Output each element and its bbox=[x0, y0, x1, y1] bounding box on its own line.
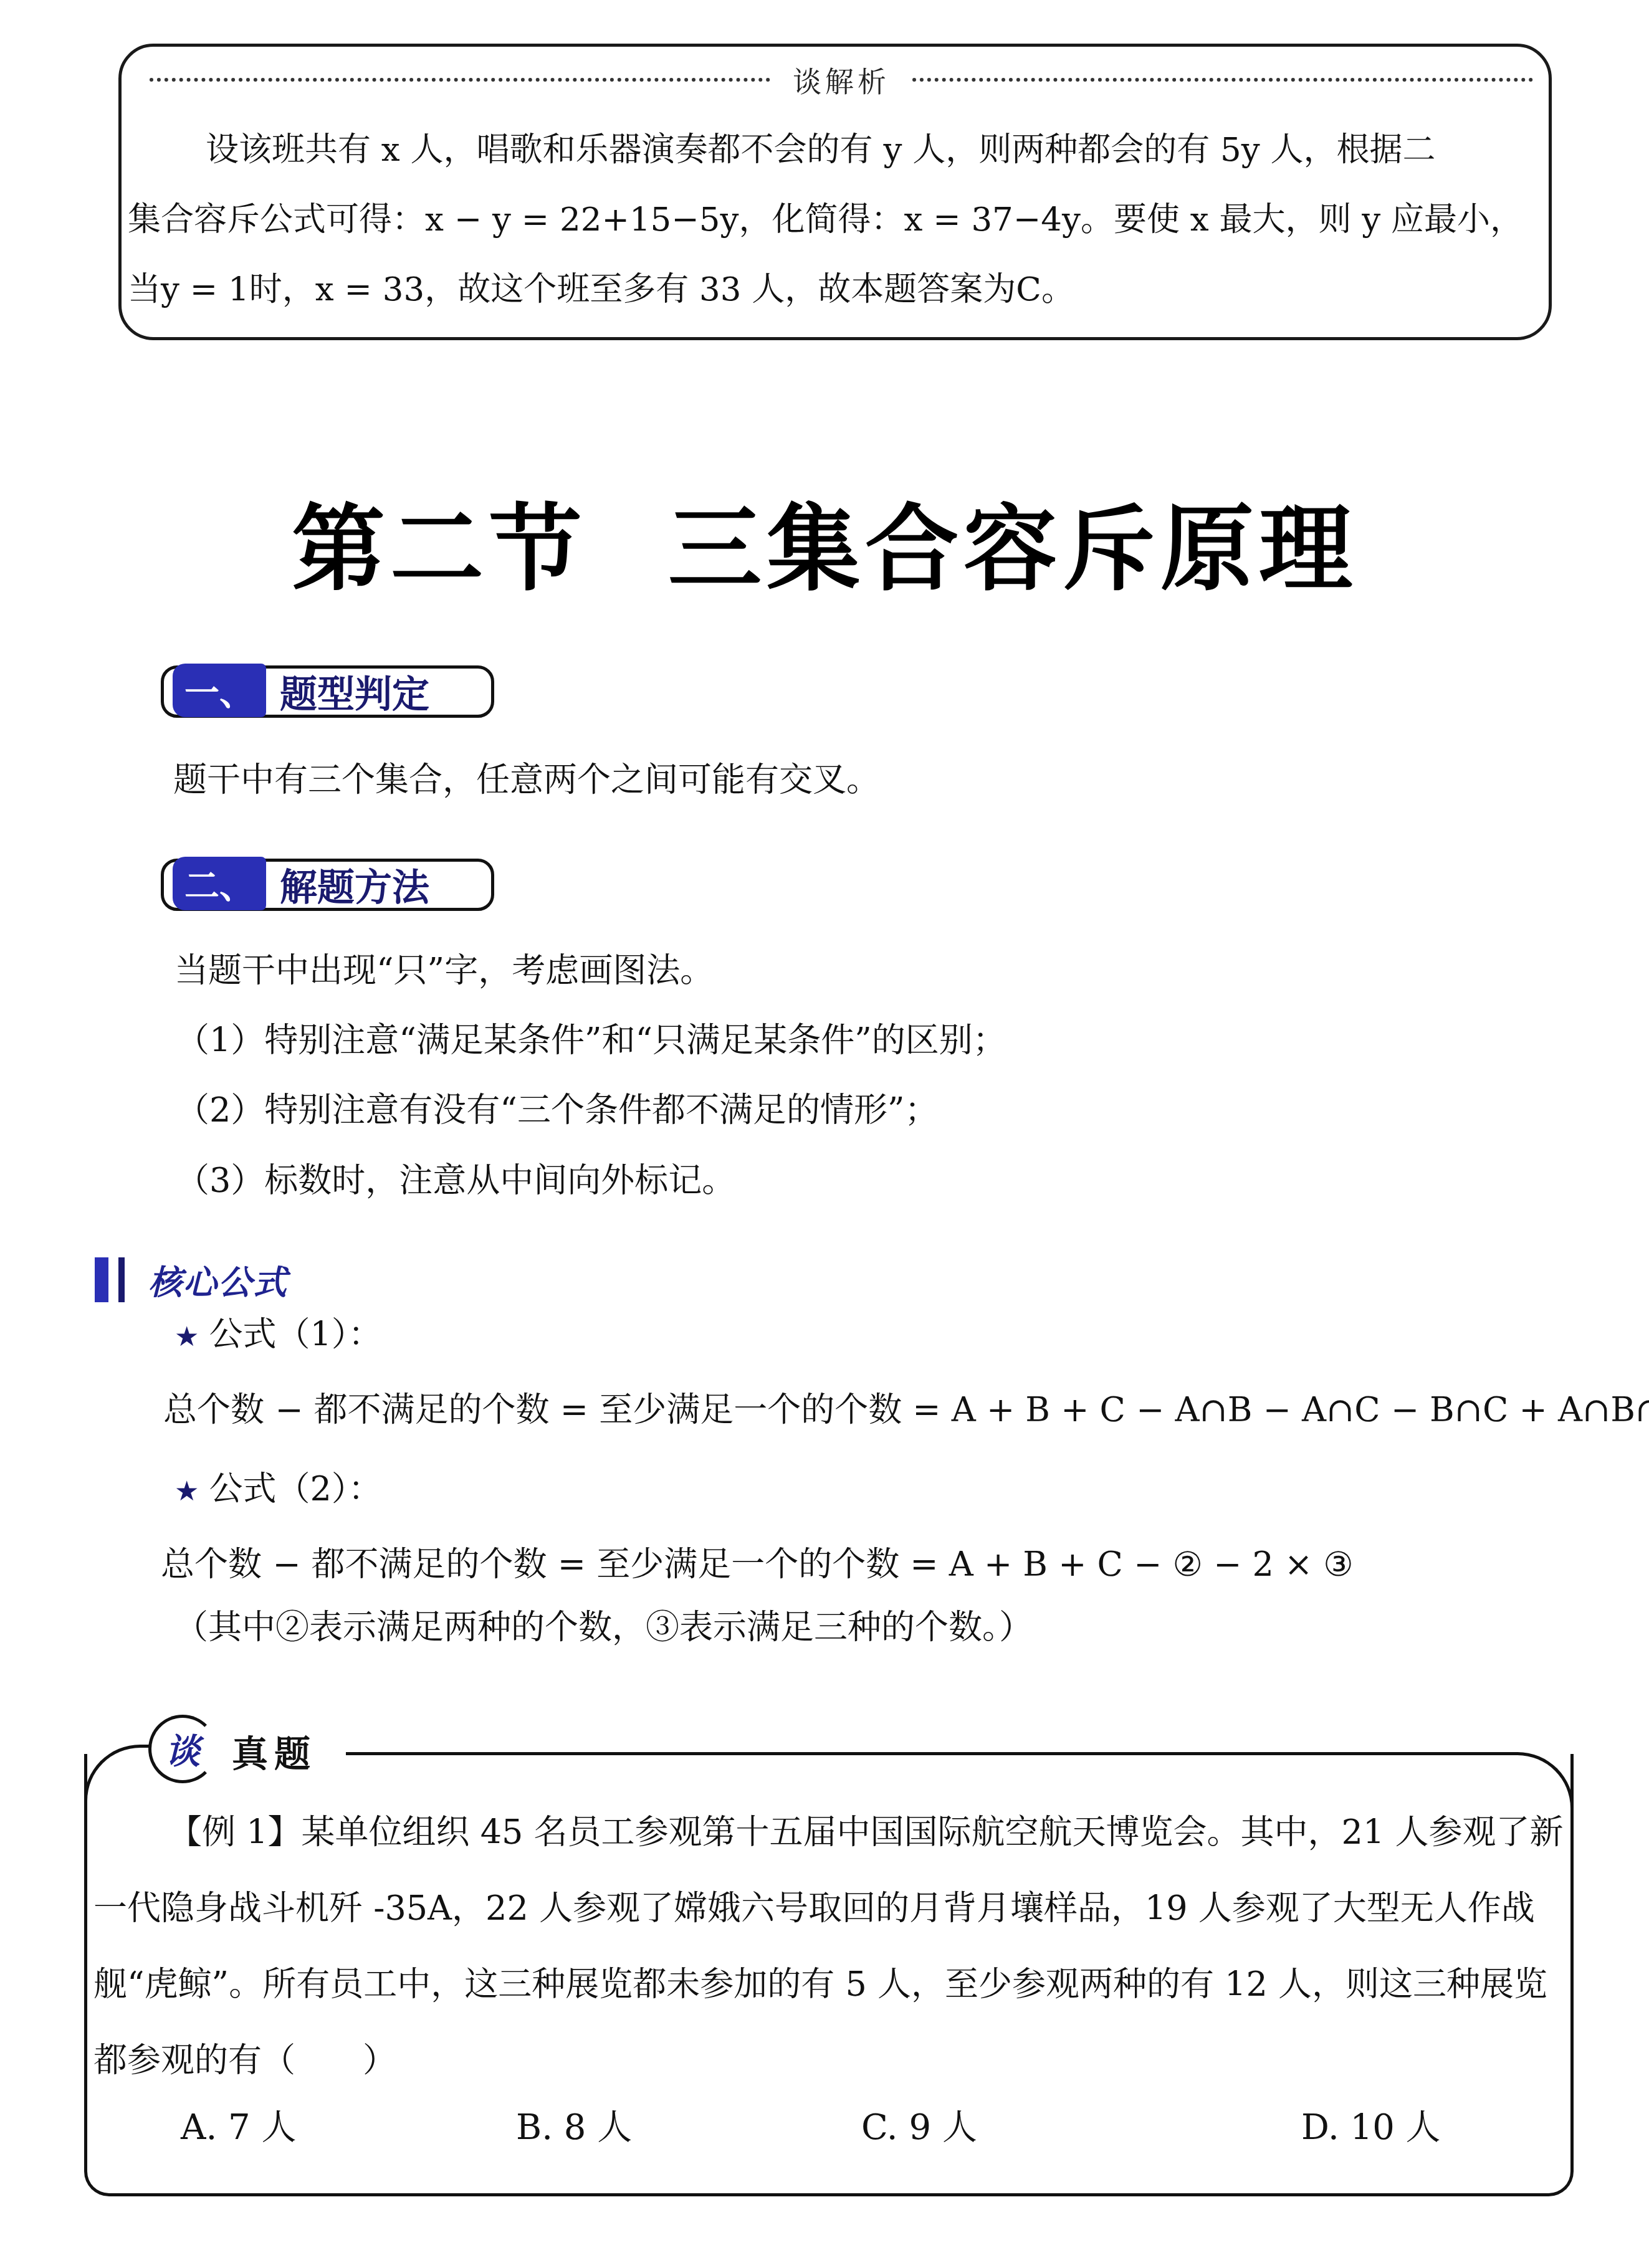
method-item: （2）特别注意有没有“三个条件都不满足的情形”； bbox=[176, 1092, 939, 1129]
analysis-text: 设该班共有 x 人，唱歌和乐器演奏都不会的有 y 人，则两种都会的有 5y 人，… bbox=[128, 115, 1542, 325]
formula-note: （其中②表示满足两种的个数，③表示满足三种的个数。） bbox=[174, 1609, 1033, 1646]
method-item: （3）标数时，注意从中间向外标记。 bbox=[176, 1162, 735, 1199]
tag-label: 解题方法 bbox=[266, 862, 429, 908]
formula2: 总个数 − 都不满足的个数 = 至少满足一个的个数 = A + B + C − … bbox=[161, 1538, 1354, 1586]
tag-number: 二、 bbox=[173, 857, 266, 910]
heading-tag-method: 二、 解题方法 bbox=[161, 859, 494, 911]
page-title: 第二节三集合容斥原理 bbox=[0, 474, 1649, 608]
analysis-title: 谈解析 bbox=[793, 59, 890, 100]
method-intro: 当题干中出现“只”字，考虑画图法。 bbox=[174, 952, 714, 989]
formula1-label-row: ★公式（1）： bbox=[174, 1316, 382, 1356]
heading-tag-question-type: 一、 题型判定 bbox=[161, 665, 494, 718]
choice-d[interactable]: D. 10 人 bbox=[1301, 2100, 1441, 2150]
star-icon: ★ bbox=[174, 1321, 199, 1353]
core-formula-title: 核心公式 bbox=[148, 1256, 288, 1304]
formula1-label: 公式（1）： bbox=[209, 1315, 381, 1354]
formula1: 总个数 − 都不满足的个数 = 至少满足一个的个数 = A + B + C − … bbox=[163, 1383, 1649, 1431]
analysis-line: 当y = 1时，x = 33，故这个班至多有 33 人，故本题答案为C。 bbox=[128, 255, 1542, 325]
choice-a[interactable]: A. 7 人 bbox=[181, 2100, 296, 2150]
heading-bar-icon bbox=[95, 1257, 108, 1302]
tag-label: 题型判定 bbox=[266, 669, 429, 715]
star-icon: ★ bbox=[174, 1475, 199, 1507]
analysis-header: 谈解析 bbox=[150, 61, 1533, 98]
choice-b[interactable]: B. 8 人 bbox=[516, 2100, 632, 2150]
exam-title: 真题 bbox=[232, 1725, 335, 1777]
choice-c[interactable]: C. 9 人 bbox=[861, 2100, 977, 2150]
divider bbox=[912, 78, 1533, 82]
section-number: 第二节 bbox=[292, 494, 587, 604]
analysis-line: 设该班共有 x 人，唱歌和乐器演奏都不会的有 y 人，则两种都会的有 5y 人，… bbox=[128, 115, 1542, 185]
analysis-line: 集合容斥公式可得：x − y = 22+15−5y，化简得：x = 37−4y。… bbox=[128, 185, 1542, 255]
method-item: （1）特别注意“满足某条件”和“只满足某条件”的区别； bbox=[176, 1022, 1006, 1059]
formula2-label: 公式（2）： bbox=[209, 1469, 381, 1508]
formula2-label-row: ★公式（2）： bbox=[174, 1470, 382, 1510]
exam-question: 【例 1】某单位组织 45 名员工参观第十五届中国国际航空航天博览会。其中，21… bbox=[93, 1794, 1570, 2099]
divider bbox=[150, 78, 770, 82]
tag-number: 一、 bbox=[173, 664, 266, 717]
question-type-text: 题干中有三个集合，任意两个之间可能有交叉。 bbox=[173, 761, 880, 799]
section-title: 三集合容斥原理 bbox=[668, 494, 1357, 604]
heading-bar-icon bbox=[118, 1257, 125, 1302]
signal-logo-icon: 谈 bbox=[148, 1715, 217, 1783]
